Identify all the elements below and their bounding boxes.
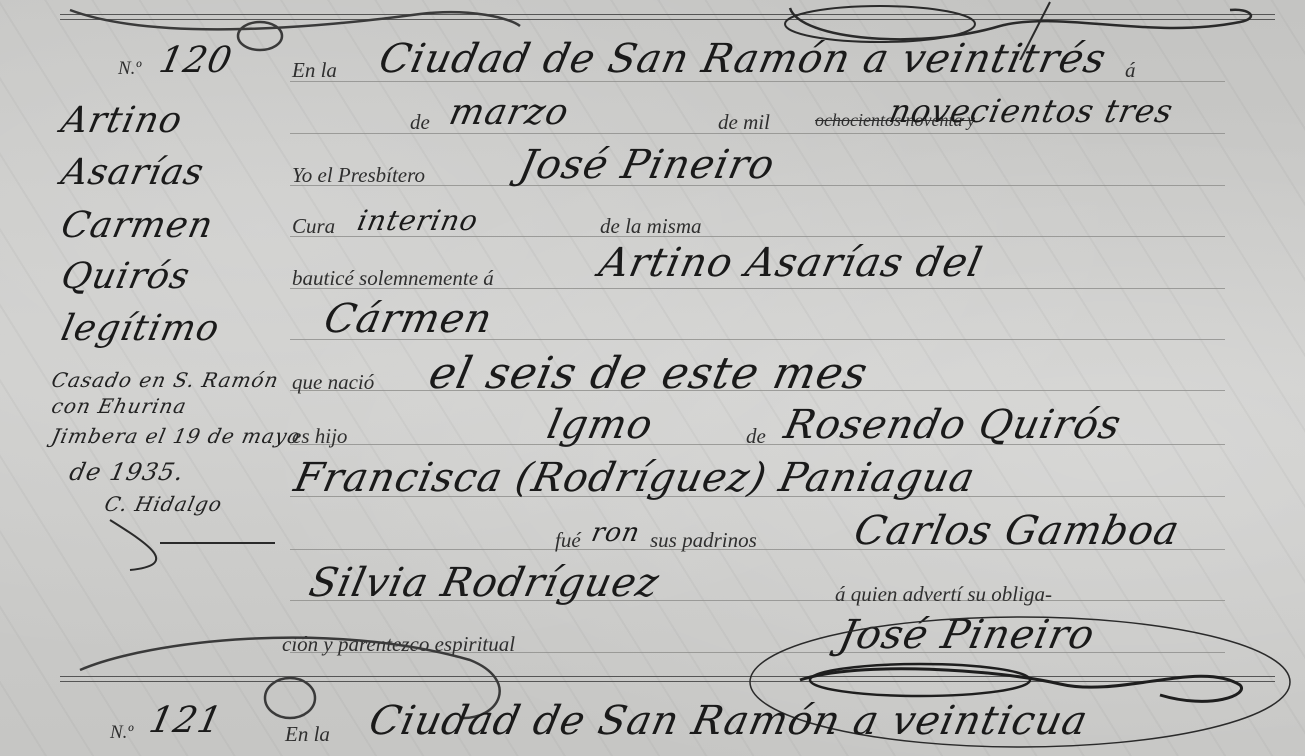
handwritten-father-name: Rosendo Quirós xyxy=(780,402,1125,448)
printed-text: á xyxy=(1125,58,1136,83)
printed-text: bauticé solemnemente á xyxy=(292,266,494,291)
printed-text: de xyxy=(746,424,766,449)
entry-number-label: N.º xyxy=(110,722,133,744)
printed-text: En la xyxy=(285,722,330,747)
handwritten-child-name-cont: Cármen xyxy=(320,296,497,342)
handwritten-priest-name: José Pineiro xyxy=(515,142,779,188)
margin-name: legítimo xyxy=(58,308,224,349)
margin-note-line: de 1935. xyxy=(67,458,187,486)
handwritten-title: interino xyxy=(354,204,481,237)
printed-text: á quien advertí su obliga- xyxy=(835,582,1052,607)
margin-note-line: Casado en S. Ramón xyxy=(49,368,281,392)
handwritten-child-name: Artino Asarías del xyxy=(595,240,987,286)
printed-text: En la xyxy=(292,58,337,83)
handwritten-year: novecientos tres xyxy=(886,92,1177,130)
entry-number: 121 xyxy=(146,700,226,741)
margin-name: Artino xyxy=(58,100,187,141)
handwritten-legitimacy: lgmo xyxy=(543,402,657,448)
printed-text: de mil xyxy=(718,110,770,135)
handwritten-godfather-name: Carlos Gamboa xyxy=(850,508,1184,554)
top-separator-rule xyxy=(60,14,1275,20)
printed-text: Cura xyxy=(292,214,335,239)
bottom-separator-rule xyxy=(60,676,1275,682)
margin-name: Carmen xyxy=(58,205,218,246)
printed-text: fué xyxy=(555,528,581,553)
handwritten-place-date: Ciudad de San Ramón a veintitrés xyxy=(375,36,1110,82)
printed-text: de xyxy=(410,110,430,135)
printed-text: sus padrinos xyxy=(650,528,757,553)
handwritten-text: ron xyxy=(589,518,643,548)
margin-name: Quirós xyxy=(58,256,194,297)
handwritten-month: marzo xyxy=(446,92,573,133)
handwritten-godmother-name: Silvia Rodríguez xyxy=(305,560,664,606)
entry-number-label: N.º xyxy=(118,58,141,80)
printed-text: Yo el Presbítero xyxy=(292,163,425,188)
margin-note-line: con Ehurina xyxy=(49,394,189,418)
priest-signature: José Pineiro xyxy=(835,612,1099,658)
printed-text: de la misma xyxy=(600,214,702,239)
entry-number: 120 xyxy=(156,40,236,81)
printed-text: es hijo xyxy=(292,424,347,449)
margin-note-line: Jimbera el 19 de mayo xyxy=(49,424,303,448)
handwritten-place-date: Ciudad de San Ramón a veinticua xyxy=(365,698,1092,744)
handwritten-mother-name: Francisca (Rodríguez) Paniagua xyxy=(290,455,979,501)
handwritten-birth-date: el seis de este mes xyxy=(425,348,873,399)
margin-name: Asarías xyxy=(58,152,208,193)
margin-note-line: C. Hidalgo xyxy=(102,492,224,516)
printed-text: ción y parentezco espiritual xyxy=(282,632,515,657)
printed-text: que nació xyxy=(292,370,374,395)
document-page: N.º 120 Artino Asarías Carmen Quirós leg… xyxy=(0,0,1305,756)
margin-note-flourish-icon xyxy=(40,515,280,575)
